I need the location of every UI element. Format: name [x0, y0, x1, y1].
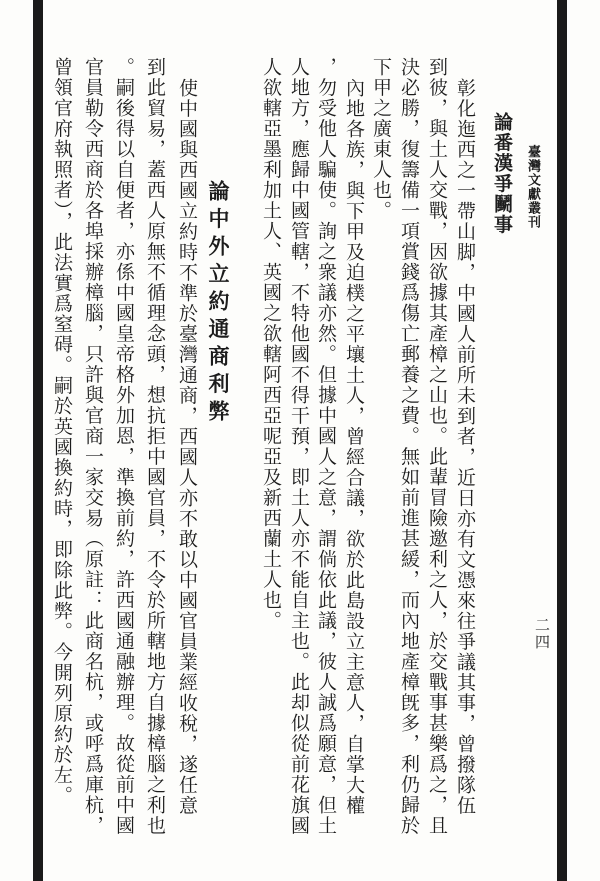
text-column: 內地各族，與下甲及迫樸之平壤土人，曾經合議，欲於此島設立主意人，自掌大權: [340, 57, 366, 857]
series-header: 臺灣文獻叢刊: [524, 145, 543, 229]
text-column: 。嗣後得以自便者，亦係中國皇帝格外加恩，準換前約，許西國通融辦理。故從前中國: [110, 57, 136, 857]
text-column: 彰化迤西之一帶山脚，中國人前所未到者，近日亦有文憑來往爭議其事，曾撥隊伍: [451, 57, 477, 857]
page-number: 二四: [531, 617, 552, 651]
text-column: 人欲轄亞墨利加土人、英國之欲轄阿西亞呢亞及新西蘭土人也。: [257, 57, 283, 857]
scan-edge-bar-left: [33, 0, 43, 881]
text-column: 到彼，與土人交戰，因欲據其產樟之山也。此輩冒險邀利之人，於交戰事甚樂爲之，且: [423, 57, 449, 857]
text-column: 下甲之廣東人也。: [367, 57, 393, 857]
text-column: 到此貿易，蓋西人原無不循理念頭，想抗拒中國官員，不令於所轄地方自據樟腦之利也: [141, 57, 167, 857]
text-column: ，勿受他人騙使。詢之衆議亦然。但據中國人之意，謂倘依此議，彼人誠爲願意，但土: [312, 57, 338, 857]
scan-edge-bar-right: [557, 0, 567, 881]
scanned-book-page: 臺灣文獻叢刊 二四 論番漢爭鬭事 彰化迤西之一帶山脚，中國人前所未到者，近日亦有…: [0, 0, 600, 881]
text-column: 曾領官府執照者），此法實爲窒碍。嗣於英國換約時，即除此弊。今開列原約於左。: [48, 57, 74, 857]
text-column: 官員勒令西商於各埠採辦樟腦，只許與官商一家交易（原註：此商名杭，或呼爲庫杭，: [79, 57, 105, 857]
text-column: 決必勝，復籌備一項賞錢爲傷亡郵養之費。無如前進甚緩，而內地產樟旣多，利仍歸於: [395, 57, 421, 857]
text-column: 人地方，應歸中國管轄，不特他國不得干預，即土人亦不能自主也。此却似從前花旗國: [285, 57, 311, 857]
text-column: 使中國與西國立約時不準於臺灣通商，西國人亦不敢以中國官員業經收稅，遂任意: [173, 57, 199, 857]
section-title-fan-han-dispute: 論番漢爭鬭事: [488, 112, 515, 235]
section-title-treaty-trade: 論中外立約通商利弊: [203, 180, 233, 428]
